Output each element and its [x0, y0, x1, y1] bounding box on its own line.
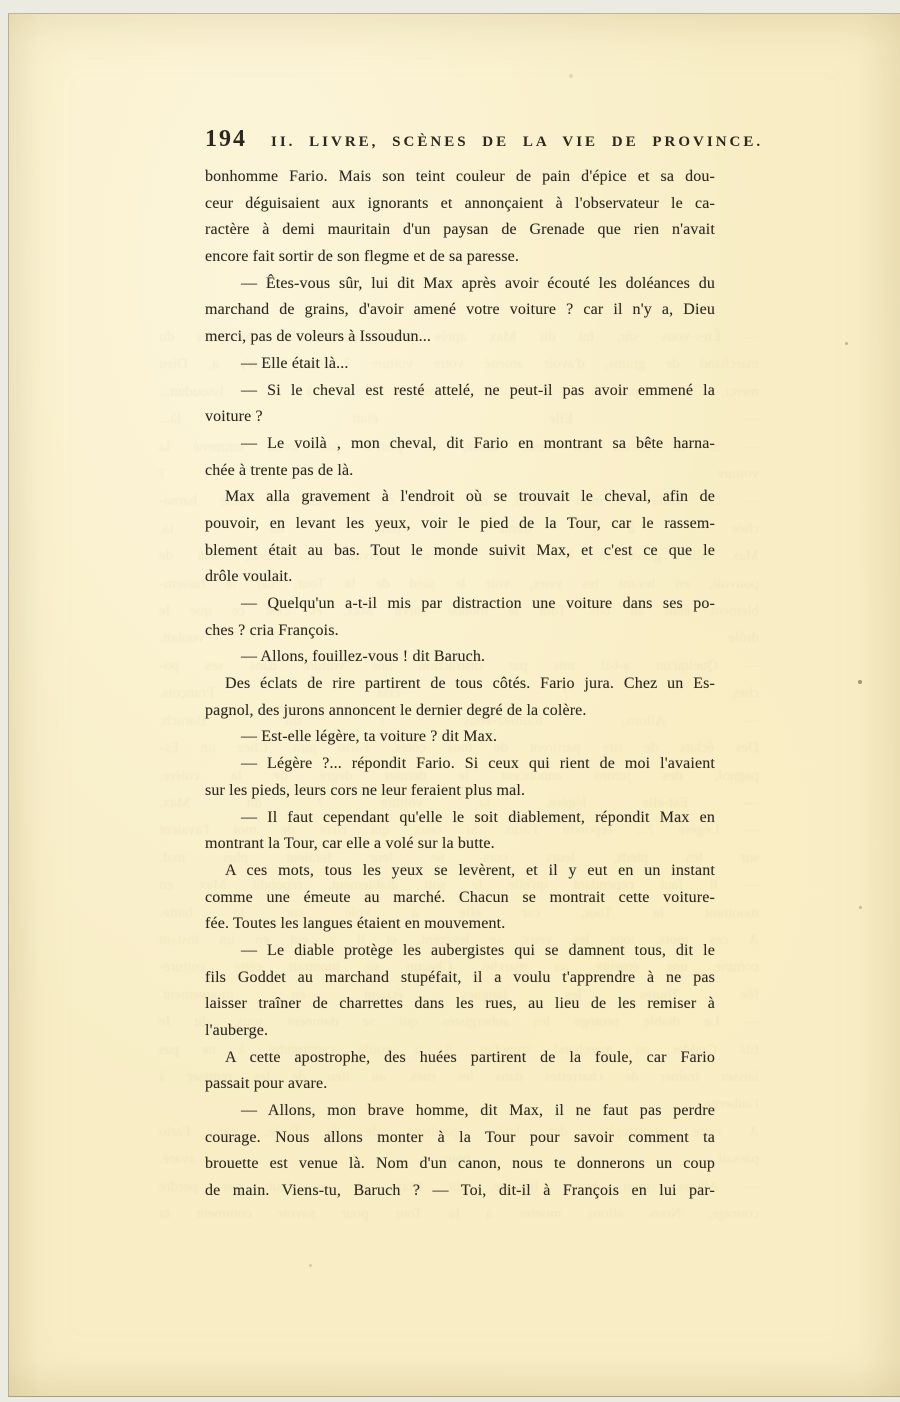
- text-line: brouette est venue là. Nom d'un canon, n…: [205, 1151, 715, 1178]
- text-line: comme une émeute au marché. Chacun se mo…: [205, 885, 715, 912]
- text-line: — Quelqu'un a-t-il mis par distraction u…: [205, 591, 715, 618]
- text-line: A ces mots, tous les yeux se levèrent, e…: [205, 858, 715, 885]
- text-line: Max alla gravement à l'endroit où se tro…: [205, 484, 715, 511]
- text-line: — Légère ?... répondit Fario. Si ceux qu…: [205, 751, 715, 778]
- text-line: — Le voilà , mon cheval, dit Fario en mo…: [205, 431, 715, 458]
- text-line: merci, pas de voleurs à Issoudun...: [205, 324, 715, 351]
- text-line: — Allons, mon brave homme, dit Max, il n…: [205, 1098, 715, 1125]
- text-block: bonhomme Fario. Mais son teint couleur d…: [205, 164, 715, 1205]
- text-line: — Elle était là...: [205, 351, 715, 378]
- text-line: passait pour avare.: [205, 1071, 715, 1098]
- paper-speck: [309, 1264, 312, 1267]
- text-line: l'auberge.: [205, 1018, 715, 1045]
- text-line: pagnol, des jurons annoncent le dernier …: [205, 698, 715, 725]
- text-line: de main. Viens-tu, Baruch ? — Toi, dit-i…: [205, 1178, 715, 1205]
- text-line: montrant la Tour, car elle a volé sur la…: [205, 831, 715, 858]
- paper-speck: [858, 680, 862, 684]
- text-line: sur les pieds, leurs cors ne leur feraie…: [205, 778, 715, 805]
- text-line: — Le diable protège les aubergistes qui …: [205, 938, 715, 965]
- text-line: ceur déguisaient aux ignorants et annonç…: [205, 191, 715, 218]
- text-line: — Allons, fouillez-vous ! dit Baruch.: [205, 644, 715, 671]
- text-line: blement était au bas. Tout le monde suiv…: [205, 538, 715, 565]
- text-line: bonhomme Fario. Mais son teint couleur d…: [205, 164, 715, 191]
- text-line: pouvoir, en levant les yeux, voir le pie…: [205, 511, 715, 538]
- running-title: II. LIVRE, SCÈNES DE LA VIE DE PROVINCE.: [271, 134, 763, 151]
- text-line: fils Goddet au marchand stupéfait, il a …: [205, 965, 715, 992]
- text-line: laisser traîner de charrettes dans les r…: [205, 991, 715, 1018]
- running-head: 194 II. LIVRE, SCÈNES DE LA VIE DE PROVI…: [205, 126, 715, 153]
- text-line: courage. Nous allons monter à la Tour po…: [205, 1125, 715, 1152]
- text-line: ches ? cria François.: [205, 618, 715, 645]
- page-number: 194: [205, 126, 271, 153]
- text-line: ractère à demi mauritain d'un paysan de …: [205, 217, 715, 244]
- text-line: — Si le cheval est resté attelé, ne peut…: [205, 378, 715, 405]
- text-line: chée à trente pas de là.: [205, 458, 715, 485]
- text-line: marchand de grains, d'avoir amené votre …: [205, 297, 715, 324]
- text-line: — Est-elle légère, ta voiture ? dit Max.: [205, 724, 715, 751]
- text-line: fée. Toutes les langues étaient en mouve…: [205, 911, 715, 938]
- paper-speck: [859, 906, 862, 909]
- book-page: — Êtes-vous sûr, lui dit Max après avoir…: [8, 13, 900, 1397]
- text-line: A cette apostrophe, des huées partirent …: [205, 1045, 715, 1072]
- text-line: drôle voulait.: [205, 564, 715, 591]
- text-line: — Êtes-vous sûr, lui dit Max après avoir…: [205, 271, 715, 298]
- paper-speck: [845, 342, 848, 345]
- text-line: encore fait sortir de son flegme et de s…: [205, 244, 715, 271]
- paper-speck: [569, 74, 573, 78]
- text-line: Des éclats de rire partirent de tous côt…: [205, 671, 715, 698]
- text-line: — Il faut cependant qu'elle le soit diab…: [205, 805, 715, 832]
- text-line: voiture ?: [205, 404, 715, 431]
- ghost-line: courage. Nous allons monter à la Tour po…: [159, 1201, 759, 1228]
